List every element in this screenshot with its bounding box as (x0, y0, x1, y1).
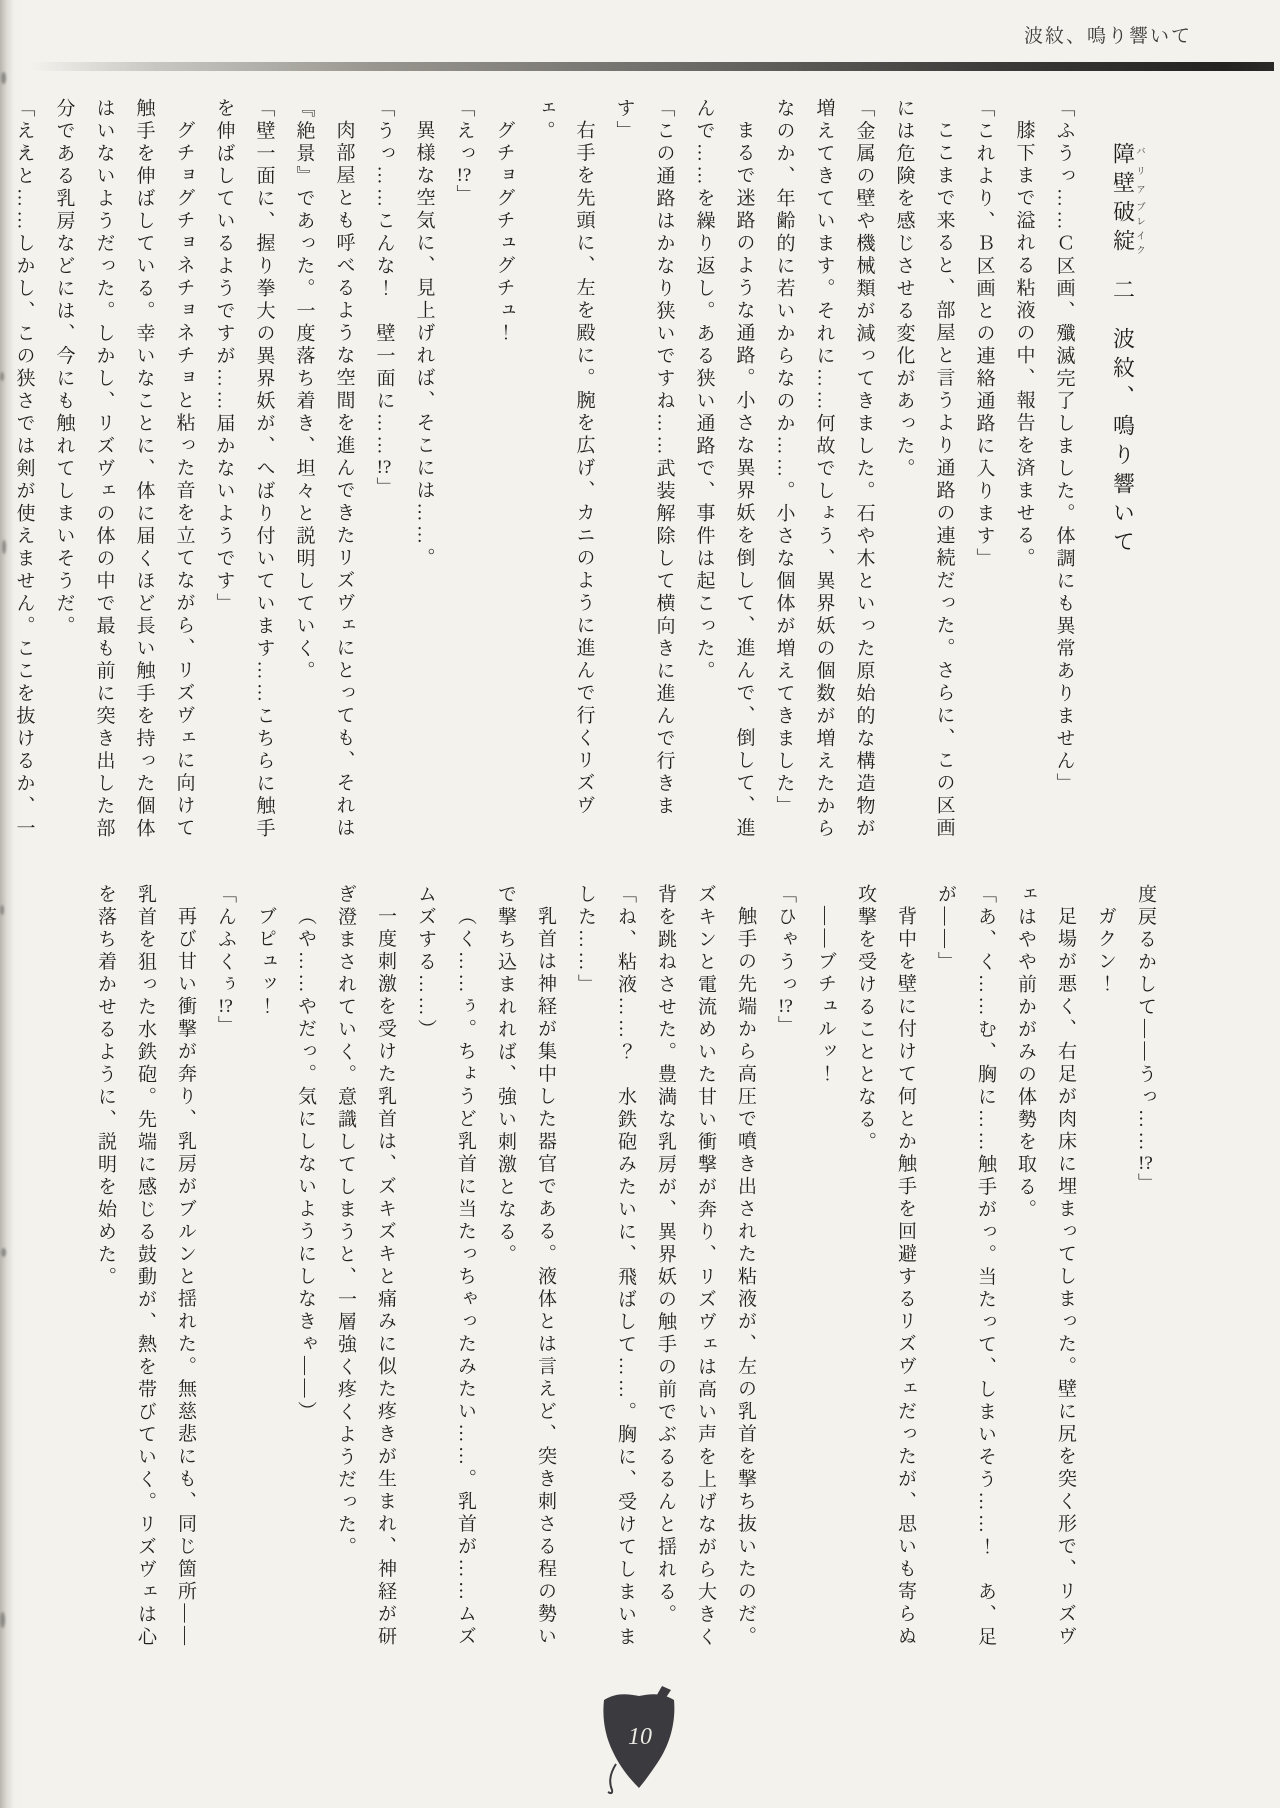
running-header-title: 波紋、鳴り響いて (1024, 21, 1192, 48)
scan-speck (1, 72, 6, 84)
chapter-subtitle: 波紋、鳴り響いて (1111, 327, 1136, 559)
tatechuyoko: !? (775, 997, 796, 1016)
scan-speck (1, 1248, 6, 1257)
header-rule (30, 62, 1274, 71)
paragraph: 「んふくぅ!?」 (205, 884, 245, 1656)
paragraph: 「金属の壁や機械類が減ってきました。石や木といった原始的な構造物が増えてきていま… (764, 98, 884, 846)
paragraph: 「この通路はかなり狭いですね……武装解除して横向きに進んで行きます」 (604, 98, 684, 846)
scanned-novel-page: { "header": { "running_title": "波紋、鳴り響いて… (0, 0, 1280, 1808)
paragraph: まるで迷路のような通路。小さな異界妖を倒して、進んで、倒して、進んで……を繰り返… (684, 98, 764, 846)
page-number-shield: 10 (597, 1684, 683, 1798)
tatechuyoko: !? (454, 166, 475, 185)
paragraph: 膝下まで溢れる粘液の中、報告を済ませる。 (1004, 98, 1044, 846)
paragraph: 「これより、Ｂ区画との連絡通路に入ります」 (964, 98, 1004, 846)
chapter-title: 障壁バリア破綻ブレイク二波紋、鳴り響いて (1108, 98, 1145, 846)
paragraph: グチョグチュグチュ！ (484, 98, 524, 846)
lower-text-block: 度戻るかして――うっ……!?」ガクン！足場が悪く、右足が肉床に埋まってしまった。… (85, 884, 1165, 1656)
scan-speck (0, 1612, 5, 1628)
paragraph: ブピュッ！ (245, 884, 285, 1656)
title-ruby-barrier: 障壁バリア (1111, 142, 1136, 200)
page-number: 10 (628, 1724, 652, 1750)
paragraph: 背中を壁に付けて何とか触手を回避するリズヴェだったが、思いも寄らぬ攻撃を受けるこ… (845, 884, 925, 1656)
paragraph: 右手を先頭に、左を殿に。腕を広げ、カニのように進んで行くリズヴェ。 (524, 98, 604, 846)
paragraph: 「うっ……こんな！ 壁一面に……!?」 (364, 98, 404, 846)
paragraph: （く……ぅ。ちょうど乳首に当たっちゃったみたい……。乳首が……ムズムズする……） (405, 884, 485, 1656)
paragraph: 肉部屋とも呼べるような空間を進んできたリズヴェにとっても、それは『絶景』であった… (284, 98, 364, 846)
paragraph: 「ひゃうっ!?」 (765, 884, 805, 1656)
paragraph: ガクン！ (1085, 884, 1125, 1656)
paragraph: 足場が悪く、右足が肉床に埋まってしまった。壁に尻を突く形で、リズヴェはやや前かが… (1005, 884, 1085, 1656)
paragraph: 触手の先端から高圧で噴き出された粘液が、左の乳首を撃ち抜いたのだ。ズキンと電流め… (645, 884, 765, 1656)
paragraph: 「あ、く……む、胸に……触手がっ。当たって、しまいそう……！ あ、足が――」 (925, 884, 1005, 1656)
paragraph: 再び甘い衝撃が奔り、乳房がブルンと揺れた。無慈悲にも、同じ箇所――乳首を狙った水… (85, 884, 205, 1656)
paragraph: 「ね、粘液……？ 水鉄砲みたいに、飛ばして……。胸に、受けてしまいました……」 (565, 884, 645, 1656)
paragraph: 「えっ!?」 (444, 98, 484, 846)
tatechuyoko: !? (374, 458, 395, 477)
paragraph: グチョグチョネチョネチョと粘った音を立てながら、リズヴェに向けて触手を伸ばしてい… (44, 98, 204, 846)
paragraph: ――ブチュルッ！ (805, 884, 845, 1656)
paragraph: ここまで来ると、部屋と言うより通路の連続だった。さらに、この区画には危険を感じさ… (884, 98, 964, 846)
chapter-number: 二 (1111, 278, 1136, 307)
paragraph: 「ふうっ……Ｃ区画、殲滅完了しました。体調にも異常ありません」 (1044, 98, 1084, 846)
paragraph: 異様な空気に、見上げれば、そこには……。 (404, 98, 444, 846)
paragraph: 乳首は神経が集中した器官である。液体とは言えど、突き刺さる程の勢いで撃ち込まれれ… (485, 884, 565, 1656)
paragraph: 度戻るかして――うっ……!?」 (1125, 884, 1165, 1656)
paragraph: 一度刺激を受けた乳首は、ズキズキと痛みに似た疼きが生まれ、神経が研ぎ澄まされてい… (325, 884, 405, 1656)
scan-speck (0, 905, 4, 915)
title-ruby-break: 破綻ブレイク (1111, 200, 1136, 258)
paragraph: 「壁一面に、握り拳大の異界妖が、へばり付いています……こちらに触手を伸ばしている… (204, 98, 284, 846)
shield-curl (608, 1764, 616, 1793)
upper-text-block: 障壁バリア破綻ブレイク二波紋、鳴り響いて 「ふうっ……Ｃ区画、殲滅完了しました。… (4, 98, 1159, 846)
paragraph: （や……やだっ。気にしないようにしなきゃ――） (285, 884, 325, 1656)
tatechuyoko: !? (1135, 1154, 1156, 1173)
paragraph: 「ええと……しかし、この狭さでは剣が使えません。ここを抜けるか、一 (4, 98, 44, 846)
tatechuyoko: !? (215, 997, 236, 1016)
